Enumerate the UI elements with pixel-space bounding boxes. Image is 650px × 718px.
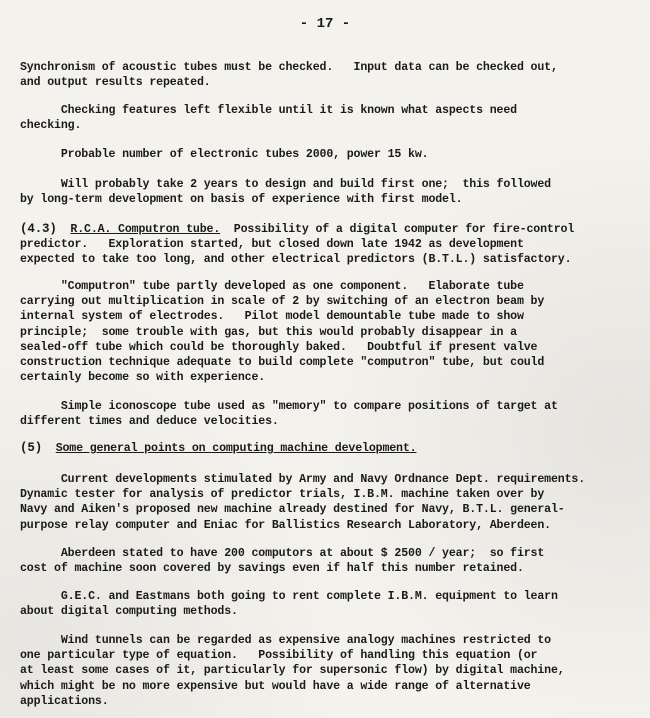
paragraph-checking-features: Checking features left flexible until it…	[20, 103, 620, 133]
text-line: cost of machine soon covered by savings …	[20, 562, 524, 575]
text-line: checking.	[20, 119, 81, 132]
text-line: Simple iconoscope tube used as "memory" …	[20, 400, 558, 413]
text-line: Aberdeen stated to have 200 computors at…	[20, 547, 544, 560]
section-title: R.C.A. Computron tube.	[70, 223, 220, 236]
text-line: Checking features left flexible until it…	[20, 104, 517, 117]
text-line: Current developments stimulated by Army …	[20, 473, 585, 486]
text-line: certainly become so with experience.	[20, 371, 265, 384]
text-line: about digital computing methods.	[20, 605, 238, 618]
text-line: expected to take too long, and other ele…	[20, 253, 571, 266]
paragraph-electronic-tubes: Probable number of electronic tubes 2000…	[20, 147, 620, 162]
text-line: which might be no more expensive but wou…	[20, 680, 531, 693]
text-line: and output results repeated.	[20, 76, 211, 89]
text-line: internal system of electrodes. Pilot mod…	[20, 310, 524, 323]
text-line: Wind tunnels can be regarded as expensiv…	[20, 634, 551, 647]
text-line: predictor. Exploration started, but clos…	[20, 238, 524, 251]
text-line: G.E.C. and Eastmans both going to rent c…	[20, 590, 558, 603]
text-line: principle; some trouble with gas, but th…	[20, 326, 517, 339]
document-page: - 17 - Synchronism of acoustic tubes mus…	[0, 0, 650, 718]
section-number: (5)	[20, 441, 42, 455]
paragraph-development-time: Will probably take 2 years to design and…	[20, 177, 620, 207]
text-line: applications.	[20, 695, 109, 708]
text-line: Probable number of electronic tubes 2000…	[20, 148, 428, 161]
text-line: Will probably take 2 years to design and…	[20, 178, 551, 191]
section-4-3: (4.3) R.C.A. Computron tube. Possibility…	[20, 222, 620, 268]
text-line: one particular type of equation. Possibi…	[20, 649, 537, 662]
paragraph-acoustic-tubes: Synchronism of acoustic tubes must be ch…	[20, 60, 620, 90]
paragraph-computron: "Computron" tube partly developed as one…	[20, 279, 620, 385]
section-title: Some general points on computing machine…	[56, 442, 417, 455]
page-number: - 17 -	[0, 16, 650, 32]
text-line: Navy and Aiken's proposed new machine al…	[20, 503, 565, 516]
text-line: at least some cases of it, particularly …	[20, 664, 565, 677]
text-line: carrying out multiplication in scale of …	[20, 295, 544, 308]
section-number: (4.3)	[20, 222, 57, 236]
text-line: Dynamic tester for analysis of predictor…	[20, 488, 544, 501]
paragraph-iconoscope: Simple iconoscope tube used as "memory" …	[20, 399, 620, 429]
text-line: purpose relay computer and Eniac for Bal…	[20, 519, 551, 532]
paragraph-aberdeen: Aberdeen stated to have 200 computors at…	[20, 546, 620, 576]
text-line: different times and deduce velocities.	[20, 415, 279, 428]
section-5: (5) Some general points on computing mac…	[20, 441, 620, 456]
text-line: Synchronism of acoustic tubes must be ch…	[20, 61, 558, 74]
paragraph-current-developments: Current developments stimulated by Army …	[20, 472, 620, 533]
paragraph-wind-tunnels: Wind tunnels can be regarded as expensiv…	[20, 633, 620, 709]
text-line: "Computron" tube partly developed as one…	[20, 280, 524, 293]
text-line: construction technique adequate to build…	[20, 356, 544, 369]
paragraph-gec-eastmans: G.E.C. and Eastmans both going to rent c…	[20, 589, 620, 619]
text-line: Possibility of a digital computer for fi…	[220, 223, 574, 236]
text-line: sealed-off tube which could be thoroughl…	[20, 341, 537, 354]
text-line: by long-term development on basis of exp…	[20, 193, 462, 206]
